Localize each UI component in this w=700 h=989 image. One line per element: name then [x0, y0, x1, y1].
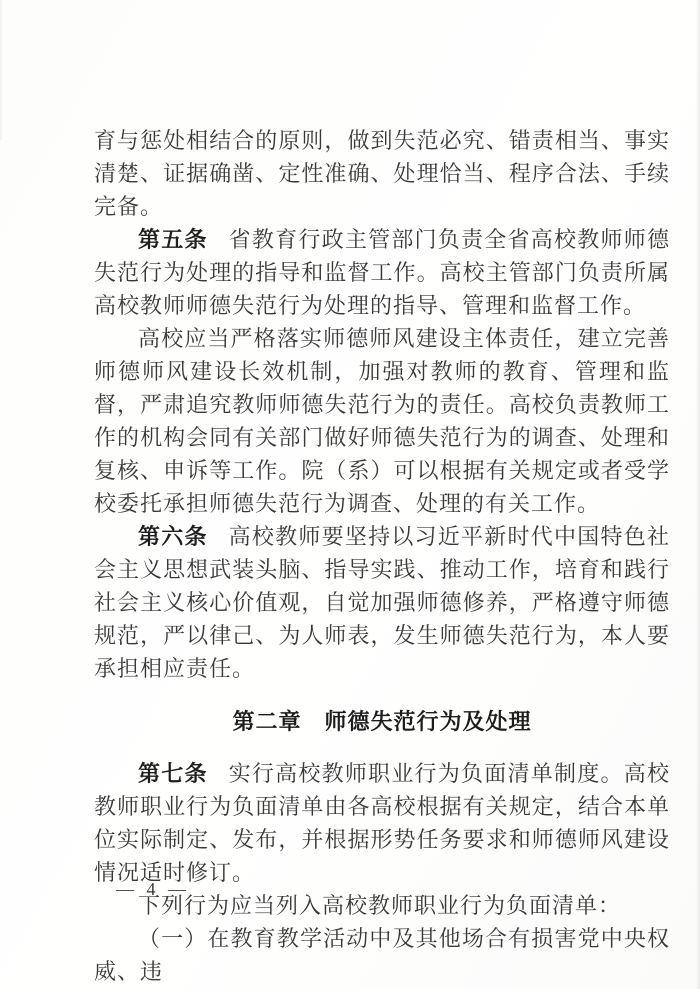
- article-number: 第七条: [138, 761, 208, 786]
- article-number: 第六条: [138, 524, 208, 549]
- paragraph-article-5: 第五条省教育行政主管部门负责全省高校教师师德失范行为处理的指导和监督工作。高校主…: [94, 223, 670, 322]
- paragraph: 高校应当严格落实师德师风建设主体责任，建立完善师德师风建设长效机制，加强对教师的…: [94, 322, 670, 520]
- scan-edge-right: [696, 0, 700, 989]
- page-number: — 4 —: [116, 879, 190, 900]
- paragraph-article-6: 第六条高校教师要坚持以习近平新时代中国特色社会主义思想武装头脑、指导实践、推动工…: [94, 520, 670, 685]
- chapter-heading: 第二章 师德失范行为及处理: [94, 705, 670, 738]
- paragraph-text: 高校应当严格落实师德师风建设主体责任，建立完善师德师风建设长效机制，加强对教师的…: [94, 326, 670, 516]
- paragraph-article-7: 第七条实行高校教师职业行为负面清单制度。高校教师职业行为负面清单由各高校根据有关…: [94, 757, 670, 889]
- paragraph-text: 下列行为应当列入高校教师职业行为负面清单：: [138, 893, 621, 918]
- paragraph-list-item: （一）在教育教学活动中及其他场合有损害党中央权威、违: [94, 922, 670, 988]
- scan-edge-left: [0, 0, 3, 140]
- paragraph-text: （一）在教育教学活动中及其他场合有损害党中央权威、违: [94, 926, 670, 984]
- paragraph: 育与惩处相结合的原则，做到失范必究、错责相当、事实清楚、证据确凿、定性准确、处理…: [94, 124, 670, 223]
- document-page: 育与惩处相结合的原则，做到失范必究、错责相当、事实清楚、证据确凿、定性准确、处理…: [0, 0, 700, 989]
- article-number: 第五条: [138, 227, 208, 252]
- document-content: 育与惩处相结合的原则，做到失范必究、错责相当、事实清楚、证据确凿、定性准确、处理…: [94, 124, 670, 988]
- paragraph-text: 育与惩处相结合的原则，做到失范必究、错责相当、事实清楚、证据确凿、定性准确、处理…: [94, 128, 670, 219]
